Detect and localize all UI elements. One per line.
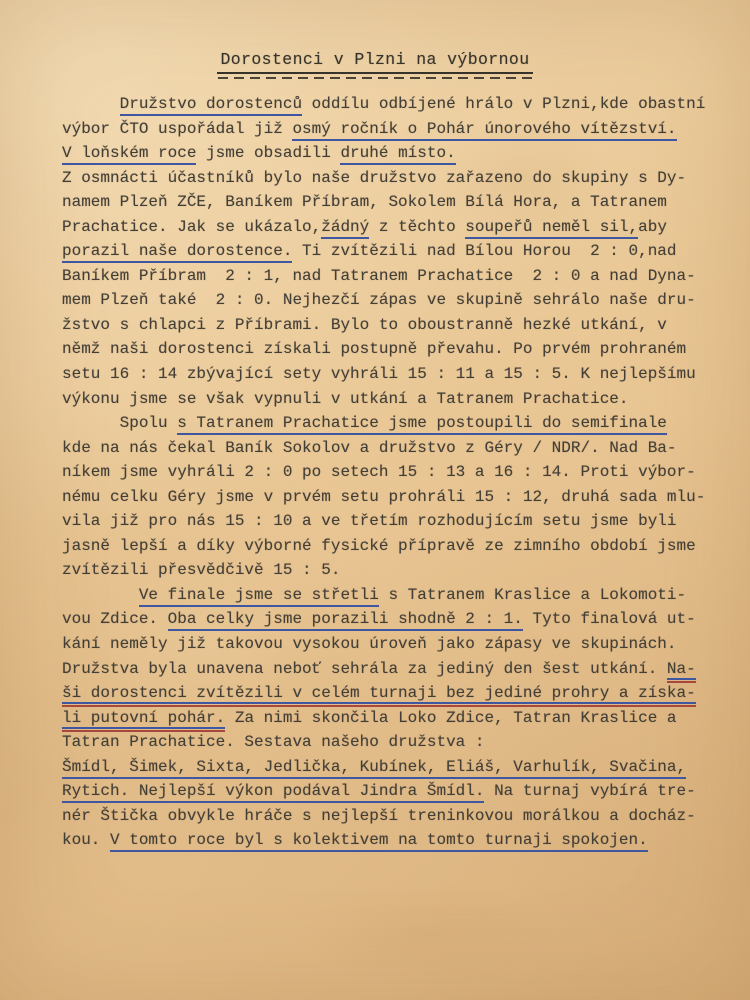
- text-line: vila již pro nás 15 : 10 a ve třetím roz…: [62, 509, 722, 534]
- text-segment: zvítězili přesvědčivě 15 : 5.: [62, 561, 340, 579]
- text-segment: Na turnaj vybírá tre-: [484, 782, 695, 800]
- text-line: kde na nás čekal Baník Sokolov a družstv…: [62, 436, 722, 461]
- text-segment: Družstva byla unavena neboť sehrála za j…: [62, 660, 667, 678]
- document-page: Dorostenci v Plzni na výbornou Družstvo …: [0, 0, 750, 1000]
- text-segment: nému celku Géry jsme v prvém setu prohrá…: [62, 488, 705, 506]
- double-underlined-text: Na-: [667, 660, 696, 683]
- text-line: nému celku Géry jsme v prvém setu prohrá…: [62, 485, 722, 510]
- text-line: žstvo s chlapci z Příbrami. Bylo to obou…: [62, 313, 722, 338]
- text-line: li putovní pohár. Za nimi skončila Loko …: [62, 706, 722, 731]
- text-segment: Ti zvítězili nad Bílou Horou 2 : 0,nad: [292, 242, 676, 260]
- underlined-text: soupeřů neměl sil,: [465, 218, 638, 239]
- underlined-text: s Tatranem Prachatice jsme postoupili do…: [177, 414, 667, 435]
- text-segment: kání neměly již takovou vysokou úroveň j…: [62, 635, 677, 653]
- text-line: Prachatice. Jak se ukázalo,žádný z těcht…: [62, 215, 722, 240]
- text-line: kou. V tomto roce byl s kolektivem na to…: [62, 828, 722, 853]
- text-segment: jasně lepší a díky výborné fysické přípr…: [62, 537, 696, 555]
- text-segment: mem Plzeň také 2 : 0. Nejhezčí zápas ve …: [62, 291, 696, 309]
- text-segment: Za nimi skončila Loko Zdice, Tatran Kras…: [225, 709, 676, 727]
- text-line: vou Zdice. Oba celky jsme porazili shodn…: [62, 607, 722, 632]
- text-line: výbor ČTO uspořádal již osmý ročník o Po…: [62, 117, 722, 142]
- text-segment: vila již pro nás 15 : 10 a ve třetím roz…: [62, 512, 677, 530]
- underlined-text: Oba celky jsme porazili shodně 2 : 1.: [168, 610, 523, 631]
- text-segment: s Tatranem Kraslice a Lokomoti-: [379, 586, 686, 604]
- text-segment: vou Zdice.: [62, 610, 168, 628]
- text-line: ši dorostenci zvítězili v celém turnaji …: [62, 681, 722, 706]
- underlined-text: Šmídl, Šimek, Sixta, Jedlička, Kubínek, …: [62, 758, 686, 779]
- text-segment: namem Plzeň ZČE, Baníkem Příbram, Sokole…: [62, 193, 667, 211]
- text-segment: [62, 586, 139, 604]
- text-line: Baníkem Příbram 2 : 1, nad Tatranem Prac…: [62, 264, 722, 289]
- text-segment: Tyto finalová ut-: [523, 610, 696, 628]
- text-line: nér Štička obvykle hráče s nejlepší tren…: [62, 804, 722, 829]
- text-line: Družstva byla unavena neboť sehrála za j…: [62, 657, 722, 682]
- text-segment: oddílu odbíjené hrálo v Plzni,kde obastn…: [302, 95, 705, 113]
- text-line: Šmídl, Šimek, Sixta, Jedlička, Kubínek, …: [62, 755, 722, 780]
- underlined-text: osmý ročník o Pohár únorového vítězství.: [292, 120, 676, 141]
- text-segment: němž naši dorostenci získali postupně př…: [62, 340, 686, 358]
- text-segment: Tatran Prachatice. Sestava našeho družst…: [62, 733, 484, 751]
- text-line: setu 16 : 14 zbývající sety vyhráli 15 :…: [62, 362, 722, 387]
- text-line: V loňském roce jsme obsadili druhé místo…: [62, 141, 722, 166]
- text-segment: níkem jsme vyhráli 2 : 0 po setech 15 : …: [62, 463, 696, 481]
- text-line: kání neměly již takovou vysokou úroveň j…: [62, 632, 722, 657]
- text-line: Rytich. Nejlepší výkon podával Jindra Šm…: [62, 779, 722, 804]
- double-underlined-text: li putovní pohár.: [62, 709, 225, 732]
- text-segment: výkonu jsme se však vypnuli v utkání a T…: [62, 390, 629, 408]
- underlined-text: Ve finale jsme se střetli: [139, 586, 379, 607]
- text-line: jasně lepší a díky výborné fysické přípr…: [62, 534, 722, 559]
- text-line: Družstvo dorostenců oddílu odbíjené hrál…: [62, 92, 722, 117]
- text-line: Ve finale jsme se střetli s Tatranem Kra…: [62, 583, 722, 608]
- text-segment: setu 16 : 14 zbývající sety vyhráli 15 :…: [62, 365, 696, 383]
- text-line: Spolu s Tatranem Prachatice jsme postoup…: [62, 411, 722, 436]
- text-line: níkem jsme vyhráli 2 : 0 po setech 15 : …: [62, 460, 722, 485]
- text-line: porazil naše dorostence. Ti zvítězili na…: [62, 239, 722, 264]
- underlined-text: V tomto roce byl s kolektivem na tomto t…: [110, 831, 648, 852]
- text-segment: kou.: [62, 831, 110, 849]
- text-line: výkonu jsme se však vypnuli v utkání a T…: [62, 387, 722, 412]
- text-segment: Prachatice. Jak se ukázalo,: [62, 218, 321, 236]
- document-title: Dorostenci v Plzni na výbornou: [217, 50, 532, 74]
- underlined-text: Rytich. Nejlepší výkon podával Jindra Šm…: [62, 782, 484, 803]
- text-segment: [62, 95, 120, 113]
- text-segment: Spolu: [62, 414, 177, 432]
- text-segment: žstvo s chlapci z Příbrami. Bylo to obou…: [62, 316, 667, 334]
- text-line: němž naši dorostenci získali postupně př…: [62, 337, 722, 362]
- document-body: Družstvo dorostenců oddílu odbíjené hrál…: [62, 92, 722, 853]
- text-segment: aby: [638, 218, 667, 236]
- underlined-text: žádný: [321, 218, 369, 239]
- underlined-text: druhé místo.: [340, 144, 455, 165]
- underlined-text: porazil naše dorostence.: [62, 242, 292, 263]
- text-segment: nér Štička obvykle hráče s nejlepší tren…: [62, 807, 696, 825]
- underlined-text: Družstvo dorostenců: [120, 95, 302, 116]
- paper-stain: [300, 880, 560, 990]
- text-line: zvítězili přesvědčivě 15 : 5.: [62, 558, 722, 583]
- text-line: namem Plzeň ZČE, Baníkem Příbram, Sokole…: [62, 190, 722, 215]
- double-underlined-text: ši dorostenci zvítězili v celém turnaji …: [62, 684, 696, 707]
- text-segment: Z osmnácti účastníků bylo naše družstvo …: [62, 169, 686, 187]
- text-line: Tatran Prachatice. Sestava našeho družst…: [62, 730, 722, 755]
- text-segment: jsme obsadili: [196, 144, 340, 162]
- document-title-row: Dorostenci v Plzni na výbornou: [0, 50, 750, 74]
- underlined-text: V loňském roce: [62, 144, 196, 165]
- text-line: Z osmnácti účastníků bylo naše družstvo …: [62, 166, 722, 191]
- text-segment: z těchto: [369, 218, 465, 236]
- text-segment: kde na nás čekal Baník Sokolov a družstv…: [62, 439, 677, 457]
- text-line: mem Plzeň také 2 : 0. Nejhezčí zápas ve …: [62, 288, 722, 313]
- text-segment: výbor ČTO uspořádal již: [62, 120, 292, 138]
- text-segment: Baníkem Příbram 2 : 1, nad Tatranem Prac…: [62, 267, 696, 285]
